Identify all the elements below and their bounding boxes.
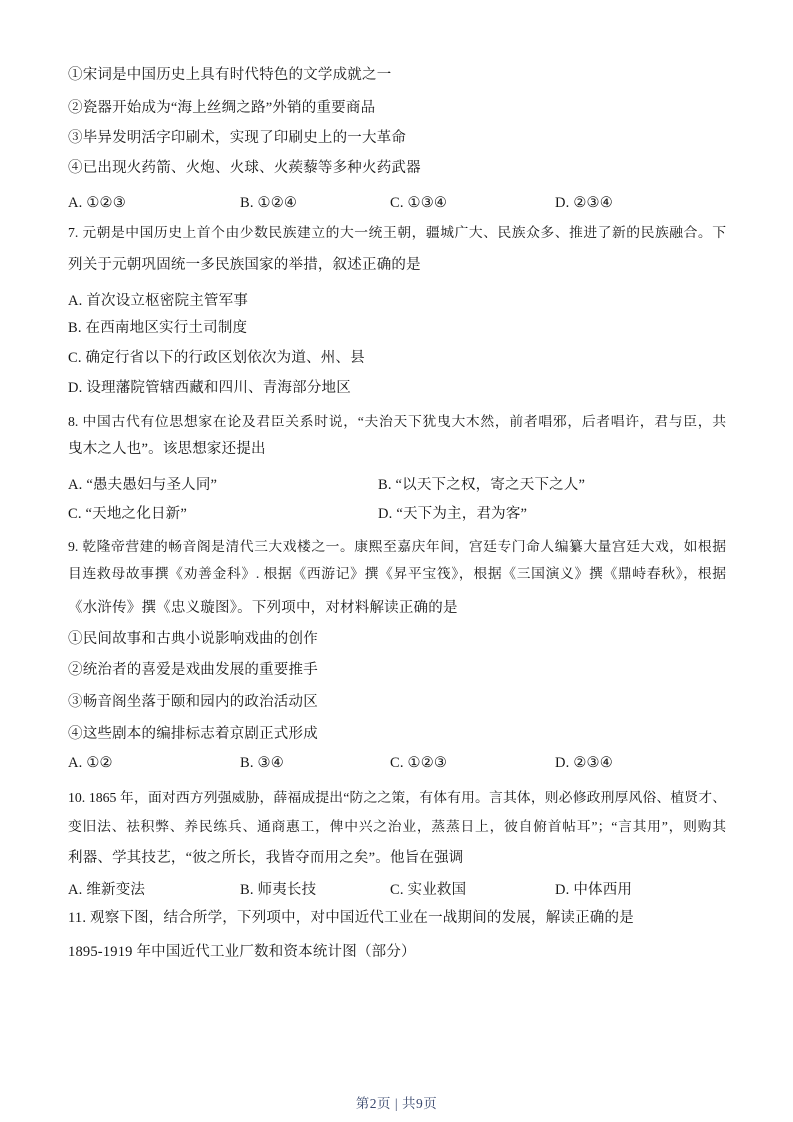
option-item: B. ①②④ bbox=[240, 193, 297, 213]
option-row: C. “天地之化日新” D. “天下为主，君为客” bbox=[68, 504, 728, 526]
option-item: D. ②③④ bbox=[555, 753, 613, 773]
option-item: D. 中体西用 bbox=[555, 880, 632, 900]
option-item: C. 确定行省以下的行政区划依次为道、州、县 bbox=[68, 348, 365, 370]
option-item: C. “天地之化日新” bbox=[68, 504, 187, 524]
question-line: 7. 元朝是中国历史上首个由少数民族建立的大一统王朝，疆城广大、民族众多、推进了… bbox=[68, 223, 726, 245]
statement-line: ④已出现火药箭、火炮、火球、火蒺藜等多种火药武器 bbox=[68, 158, 421, 180]
question-line: 变旧法、祛积弊、养民练兵、通商惠工，俾中兴之治业，蒸蒸日上，彼自俯首帖耳”；“言… bbox=[68, 817, 726, 839]
option-row: A. “愚夫愚妇与圣人同” B. “以天下之权，寄之天下之人” bbox=[68, 475, 728, 497]
statement-line: ②统治者的喜爱是戏曲发展的重要推手 bbox=[68, 660, 318, 682]
option-item: C. 实业救国 bbox=[390, 880, 466, 900]
question-line: 《水浒传》撰《忠义璇图》。下列项中，对材料解读正确的是 bbox=[68, 598, 458, 620]
chart-caption: 1895-1919 年中国近代工业厂数和资本统计图（部分） bbox=[68, 942, 416, 964]
question-line: 8. 中国古代有位思想家在论及君臣关系时说，“夫治天下犹曳大木然，前者唱邪，后者… bbox=[68, 412, 726, 434]
option-row: A. 维新变法 B. 师夷长技 C. 实业救国 D. 中体西用 bbox=[68, 880, 728, 902]
option-item: A. ①②③ bbox=[68, 193, 126, 213]
question-line: 目连救母故事撰《劝善金科》. 根据《西游记》撰《昇平宝筏》，根据《三国演义》撰《… bbox=[68, 564, 726, 586]
question-line: 利器、学其技艺，“彼之所长，我皆夺而用之矣”。他旨在强调 bbox=[68, 848, 463, 870]
option-item: A. 维新变法 bbox=[68, 880, 145, 900]
page-footer: 第2页 | 共9页 bbox=[0, 1092, 793, 1112]
option-item: A. “愚夫愚妇与圣人同” bbox=[68, 475, 217, 495]
option-row: A. ①②③ B. ①②④ C. ①③④ D. ②③④ bbox=[68, 193, 728, 215]
question-line: 10. 1865 年，面对西方列强威胁，薛福成提出“防之之策，有体有用。言其体，… bbox=[68, 788, 726, 810]
statement-line: ①宋词是中国历史上具有时代特色的文学成就之一 bbox=[68, 65, 391, 87]
statement-line: ③毕异发明活字印刷术，实现了印刷史上的一大革命 bbox=[68, 128, 406, 150]
question-line: 9. 乾隆帝营建的畅音阁是清代三大戏楼之一。康熙至嘉庆年间，宫廷专门命人编纂大量… bbox=[68, 537, 726, 559]
option-item: C. ①③④ bbox=[390, 193, 447, 213]
option-item: A. ①② bbox=[68, 753, 113, 773]
option-item: B. ③④ bbox=[240, 753, 284, 773]
option-item: C. ①②③ bbox=[390, 753, 447, 773]
option-item: B. 师夷长技 bbox=[240, 880, 316, 900]
statement-line: ③畅音阁坐落于颐和园内的政治活动区 bbox=[68, 692, 318, 714]
question-line: 11. 观察下图，结合所学，下列项中，对中国近代工业在一战期间的发展，解读正确的… bbox=[68, 908, 634, 930]
statement-line: ④这些剧本的编排标志着京剧正式形成 bbox=[68, 724, 318, 746]
statement-line: ②瓷器开始成为“海上丝绸之路”外销的重要商品 bbox=[68, 98, 375, 120]
option-row: A. ①② B. ③④ C. ①②③ D. ②③④ bbox=[68, 753, 728, 775]
question-line: 列关于元朝巩固统一多民族国家的举措，叙述正确的是 bbox=[68, 255, 421, 277]
option-item: A. 首次设立枢密院主管军事 bbox=[68, 291, 248, 313]
option-item: D. ②③④ bbox=[555, 193, 613, 213]
statement-line: ①民间故事和古典小说影响戏曲的创作 bbox=[68, 629, 318, 651]
option-item: D. “天下为主，君为客” bbox=[378, 504, 527, 524]
option-item: B. “以天下之权，寄之天下之人” bbox=[378, 475, 585, 495]
question-line: 曳木之人也”。该思想家还提出 bbox=[68, 439, 266, 461]
option-item: B. 在西南地区实行土司制度 bbox=[68, 318, 247, 340]
exam-page: ①宋词是中国历史上具有时代特色的文学成就之一 ②瓷器开始成为“海上丝绸之路”外销… bbox=[0, 0, 793, 1122]
option-item: D. 设理藩院管辖西藏和四川、青海部分地区 bbox=[68, 378, 351, 400]
